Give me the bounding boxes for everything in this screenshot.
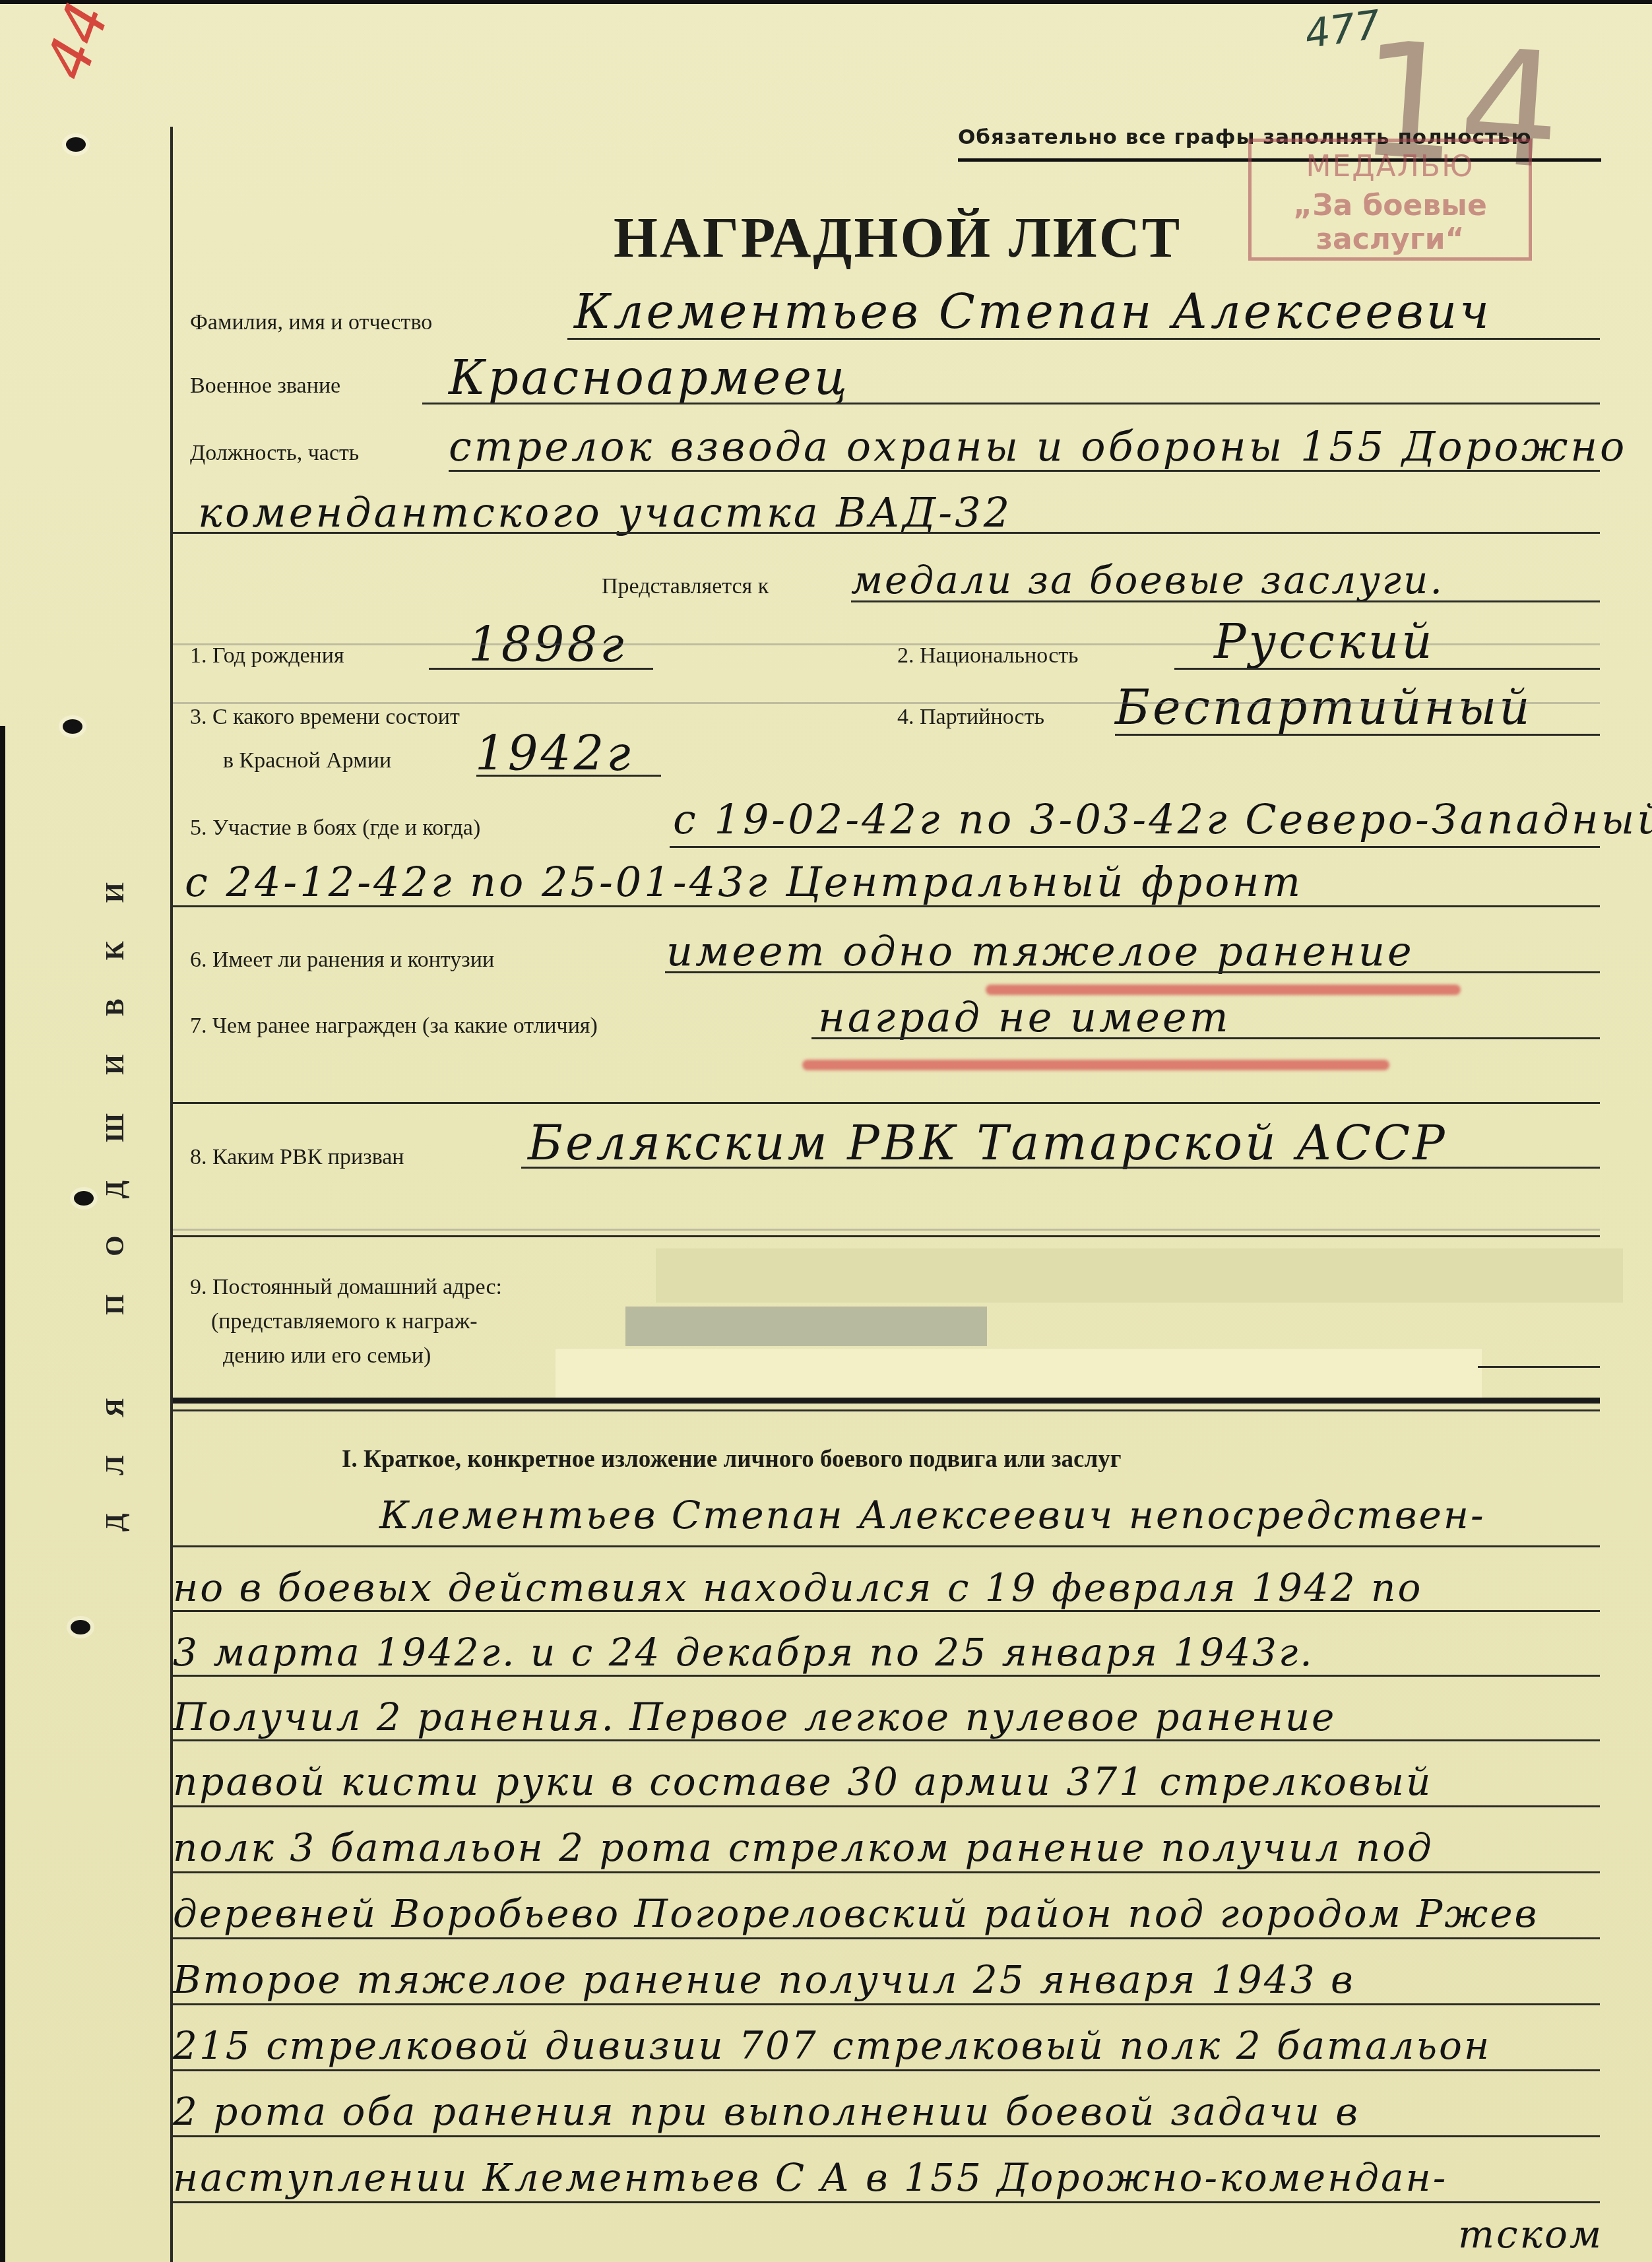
address-line bbox=[1478, 1366, 1600, 1368]
nationality-label: 2. Национальность bbox=[897, 643, 1079, 668]
address-redaction bbox=[556, 1349, 1482, 1403]
narrative-rule bbox=[173, 1937, 1600, 1939]
scan-top-edge bbox=[0, 0, 1652, 4]
army-since-label-2: в Красной Армии bbox=[223, 748, 391, 773]
birth-year-label: 1. Год рождения bbox=[190, 643, 344, 668]
narrative-rule bbox=[173, 1871, 1600, 1873]
previous-awards-value: наград не имеет bbox=[818, 993, 1231, 1041]
narrative-rule bbox=[173, 2201, 1600, 2203]
narrative-line: наступлении Клементьев С А в 155 Дорожно… bbox=[173, 2155, 1447, 2200]
battles-value-line2: с 24-12-42г по 25-01-43г Центральный фро… bbox=[185, 858, 1303, 906]
medal-stamp: МЕДАЛЬЮ „За боевые заслуги“ bbox=[1248, 139, 1532, 261]
army-since-label-1: 3. С какого времени состоит bbox=[190, 705, 460, 730]
narrative-line: деревней Воробьево Погореловский район п… bbox=[173, 1891, 1539, 1936]
birth-year-line bbox=[429, 668, 653, 670]
blank-line bbox=[173, 1102, 1600, 1104]
army-since-value: 1942г bbox=[475, 726, 633, 781]
narrative-rule bbox=[173, 1675, 1600, 1677]
battles-value-line1: с 19-02-42г по 3-03-42г Северо-Западный … bbox=[673, 795, 1652, 843]
binding-margin-label: ДЛЯ ПОДШИВКИ bbox=[99, 660, 139, 1716]
punch-hole bbox=[63, 719, 82, 734]
narrative-line: правой кисти руки в составе 30 армии 371… bbox=[173, 1759, 1432, 1804]
position-value-line1: стрелок взвода охраны и обороны 155 Доро… bbox=[449, 422, 1627, 470]
narrative-line: Второе тяжелое ранение получил 25 января… bbox=[173, 1957, 1355, 2002]
nominated-for-value: медали за боевые заслуги. bbox=[851, 558, 1444, 602]
narrative-rule bbox=[173, 1805, 1600, 1807]
narrative-line: но в боевых действиях находился с 19 фев… bbox=[173, 1565, 1422, 1610]
page-title: НАГРАДНОЙ ЛИСТ bbox=[614, 205, 1182, 271]
narrative-line: 2 рота оба ранения при выполнении боевой… bbox=[173, 2089, 1360, 2134]
draft-office-line bbox=[521, 1167, 1600, 1169]
narrative-line: 3 марта 1942г. и с 24 декабря по 25 янва… bbox=[173, 1630, 1314, 1675]
section-divider-thin bbox=[173, 1409, 1600, 1411]
bleed-through-rule bbox=[173, 702, 1600, 704]
section-divider bbox=[173, 1398, 1600, 1404]
position-label: Должность, часть bbox=[190, 441, 359, 466]
narrative-rule bbox=[173, 1739, 1600, 1741]
party-value: Беспартийный bbox=[1115, 680, 1533, 735]
draft-office-label: 8. Каким РВК призван bbox=[190, 1145, 404, 1170]
draft-office-value: Белякским РВК Татарской АССР bbox=[528, 1115, 1447, 1171]
wounds-line bbox=[665, 971, 1600, 973]
punch-hole bbox=[71, 1620, 90, 1634]
full-name-line bbox=[567, 338, 1600, 340]
previous-awards-label: 7. Чем ранее награжден (за какие отличия… bbox=[190, 1014, 598, 1039]
army-since-line bbox=[476, 775, 661, 777]
wounds-value: имеет одно тяжелое ранение bbox=[666, 927, 1414, 975]
full-name-label: Фамилия, имя и отчество bbox=[190, 310, 432, 335]
address-label-1: 9. Постоянный домашний адрес: bbox=[190, 1275, 502, 1300]
battles-line-2 bbox=[173, 905, 1600, 907]
narrative-line: тском bbox=[1458, 2212, 1603, 2257]
bleed-through-rule bbox=[173, 1229, 1600, 1231]
position-line-2 bbox=[173, 532, 1600, 534]
address-label-3: дению или его семьи) bbox=[223, 1343, 431, 1369]
previous-awards-line bbox=[811, 1037, 1600, 1039]
rank-line bbox=[422, 403, 1600, 404]
nationality-value: Русский bbox=[1214, 614, 1435, 669]
scan-left-edge bbox=[0, 726, 5, 2262]
full-name-value: Клементьев Степан Алексеевич bbox=[574, 284, 1492, 339]
nationality-line bbox=[1174, 668, 1600, 670]
position-value-line2: комендантского участка ВАД-32 bbox=[198, 488, 1012, 536]
wounds-label: 6. Имеет ли ранения и контузии bbox=[190, 948, 494, 973]
address-redaction bbox=[656, 1248, 1623, 1303]
nominated-for-line bbox=[851, 600, 1600, 602]
narrative-line: 215 стрелковой дивизии 707 стрелковый по… bbox=[173, 2023, 1491, 2068]
narrative-rule bbox=[173, 1610, 1600, 1612]
punch-hole bbox=[66, 137, 86, 152]
narrative-line: Получил 2 ранения. Первое легкое пулевое… bbox=[173, 1695, 1336, 1739]
battles-label: 5. Участие в боях (где и когда) bbox=[190, 816, 480, 841]
nominated-for-label: Представляется к bbox=[602, 574, 769, 599]
rank-label: Военное звание bbox=[190, 373, 340, 399]
address-redaction bbox=[625, 1307, 987, 1346]
stamp-line-2: „За боевые заслуги“ bbox=[1252, 189, 1529, 256]
narrative-rule bbox=[173, 1545, 1600, 1547]
red-pencil-underline bbox=[802, 1060, 1389, 1070]
punch-hole bbox=[74, 1191, 94, 1206]
narrative-line: Клементьев Степан Алексеевич непосредств… bbox=[379, 1493, 1486, 1537]
position-line-1 bbox=[449, 470, 1600, 472]
stamp-line-1: МЕДАЛЬЮ bbox=[1252, 150, 1529, 183]
binding-margin-line bbox=[170, 127, 173, 2262]
narrative-rule bbox=[173, 2135, 1600, 2137]
blank-line bbox=[173, 1235, 1600, 1237]
battles-line-1 bbox=[670, 846, 1600, 848]
party-line bbox=[1115, 734, 1600, 736]
narrative-rule bbox=[173, 2003, 1600, 2005]
narrative-line: полк 3 батальон 2 рота стрелком ранение … bbox=[173, 1825, 1434, 1870]
rank-value: Красноармеец bbox=[449, 350, 850, 405]
party-label: 4. Партийность bbox=[897, 705, 1044, 730]
address-label-2: (представляемого к награж- bbox=[211, 1309, 477, 1334]
section-1-heading: I. Краткое, конкретное изложение личного… bbox=[342, 1445, 1122, 1473]
narrative-rule bbox=[173, 2069, 1600, 2071]
